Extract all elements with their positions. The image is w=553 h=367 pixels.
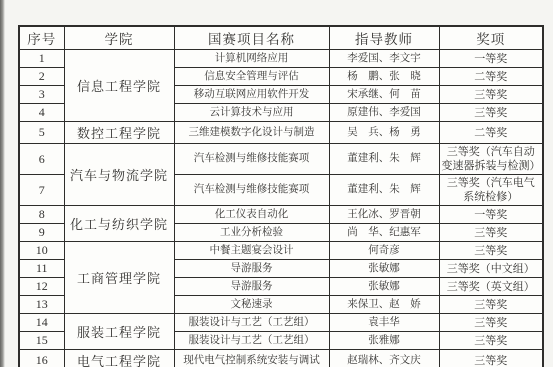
- project-name-cell: 汽车检测与维修技能赛项: [174, 144, 329, 175]
- award-cell: 三等奖: [439, 332, 543, 350]
- project-name-cell: 文秘速录: [174, 296, 329, 314]
- table-row: 16电气工程学院现代电气控制系统安装与调试赵瑞林、齐文庆三等奖: [19, 350, 543, 367]
- award-cell: 一等奖: [439, 50, 543, 68]
- award-cell: 三等奖（汽车电气系统检修）: [439, 175, 543, 206]
- project-name-cell: 工业分析检验: [174, 224, 329, 242]
- teachers-cell: 张雅娜: [329, 332, 439, 350]
- teachers-cell: 何奇彦: [329, 242, 439, 260]
- table-row: 10工商管理学院中餐主题宴会设计何奇彦三等奖: [19, 242, 543, 260]
- table-row: 8化工与纺织学院化工仪表自动化王化冰、罗晋朝一等奖: [19, 206, 543, 224]
- teachers-cell: 来保卫、赵 娇: [329, 296, 439, 314]
- row-number-cell: 7: [19, 175, 64, 206]
- award-cell: 三等奖: [439, 104, 543, 122]
- teachers-cell: 王化冰、罗晋朝: [329, 206, 439, 224]
- row-number-cell: 8: [19, 206, 64, 224]
- row-number-cell: 14: [19, 314, 64, 332]
- scanned-document-page: 序号学院国赛项目名称指导教师奖项 1信息工程学院计算机网络应用李爱国、李文宇一等…: [0, 0, 553, 367]
- project-name-cell: 化工仪表自动化: [174, 206, 329, 224]
- table-row: 14服装工程学院服装设计与工艺（工艺组）袁丰华三等奖: [19, 314, 543, 332]
- table-body: 1信息工程学院计算机网络应用李爱国、李文宇一等奖2信息安全管理与评估杨 鹏、张 …: [19, 50, 543, 367]
- award-cell: 三等奖: [439, 224, 543, 242]
- teachers-cell: 原建伟、李爱国: [329, 104, 439, 122]
- row-number-cell: 6: [19, 144, 64, 175]
- row-number-cell: 4: [19, 104, 64, 122]
- table-header: 序号学院国赛项目名称指导教师奖项: [19, 26, 543, 50]
- teachers-cell: 董建利、朱 辉: [329, 175, 439, 206]
- award-cell: 二等奖: [439, 68, 543, 86]
- teachers-cell: 袁丰华: [329, 314, 439, 332]
- college-cell: 电气工程学院: [64, 350, 174, 367]
- row-number-cell: 2: [19, 68, 64, 86]
- header-row: 序号学院国赛项目名称指导教师奖项: [19, 26, 543, 50]
- row-number-cell: 11: [19, 260, 64, 278]
- award-cell: 三等奖: [439, 242, 543, 260]
- row-number-cell: 15: [19, 332, 64, 350]
- header-cell: 国赛项目名称: [174, 26, 329, 50]
- award-cell: 二等奖: [439, 122, 543, 144]
- row-number-cell: 12: [19, 278, 64, 296]
- project-name-cell: 汽车检测与维修技能赛项: [174, 175, 329, 206]
- table-row: 1信息工程学院计算机网络应用李爱国、李文宇一等奖: [19, 50, 543, 68]
- teachers-cell: 董建利、朱 辉: [329, 144, 439, 175]
- award-cell: 三等奖（英文组）: [439, 278, 543, 296]
- header-cell: 序号: [19, 26, 64, 50]
- scan-edge-artifact: [0, 0, 5, 367]
- project-name-cell: 信息安全管理与评估: [174, 68, 329, 86]
- award-cell: 三等奖: [439, 86, 543, 104]
- header-cell: 奖项: [439, 26, 543, 50]
- college-cell: 信息工程学院: [64, 50, 174, 122]
- project-name-cell: 服装设计与工艺（工艺组）: [174, 332, 329, 350]
- college-cell: 化工与纺织学院: [64, 206, 174, 242]
- award-cell: 三等奖（汽车自动变速器拆装与检测）: [439, 144, 543, 175]
- header-cell: 学院: [64, 26, 174, 50]
- teachers-cell: 张敏娜: [329, 260, 439, 278]
- award-cell: 三等奖（中文组）: [439, 260, 543, 278]
- row-number-cell: 5: [19, 122, 64, 144]
- project-name-cell: 导游服务: [174, 278, 329, 296]
- award-results-table: 序号学院国赛项目名称指导教师奖项 1信息工程学院计算机网络应用李爱国、李文宇一等…: [18, 25, 544, 367]
- row-number-cell: 13: [19, 296, 64, 314]
- project-name-cell: 三维建模数字化设计与制造: [174, 122, 329, 144]
- row-number-cell: 9: [19, 224, 64, 242]
- project-name-cell: 服装设计与工艺（工艺组）: [174, 314, 329, 332]
- college-cell: 工商管理学院: [64, 242, 174, 314]
- college-cell: 汽车与物流学院: [64, 144, 174, 206]
- award-cell: 三等奖: [439, 314, 543, 332]
- award-cell: 三等奖: [439, 350, 543, 367]
- row-number-cell: 1: [19, 50, 64, 68]
- header-cell: 指导教师: [329, 26, 439, 50]
- award-cell: 一等奖: [439, 206, 543, 224]
- teachers-cell: 杨 鹏、张 晓: [329, 68, 439, 86]
- college-cell: 数控工程学院: [64, 122, 174, 144]
- project-name-cell: 移动互联网应用软件开发: [174, 86, 329, 104]
- project-name-cell: 导游服务: [174, 260, 329, 278]
- table-row: 5数控工程学院三维建模数字化设计与制造吴 兵、杨 勇二等奖: [19, 122, 543, 144]
- teachers-cell: 张敏娜: [329, 278, 439, 296]
- project-name-cell: 现代电气控制系统安装与调试: [174, 350, 329, 367]
- teachers-cell: 宋承继、何 苗: [329, 86, 439, 104]
- teachers-cell: 赵瑞林、齐文庆: [329, 350, 439, 367]
- teachers-cell: 李爱国、李文宇: [329, 50, 439, 68]
- project-name-cell: 计算机网络应用: [174, 50, 329, 68]
- row-number-cell: 16: [19, 350, 64, 367]
- project-name-cell: 中餐主题宴会设计: [174, 242, 329, 260]
- row-number-cell: 3: [19, 86, 64, 104]
- teachers-cell: 尚 华、纪惠军: [329, 224, 439, 242]
- college-cell: 服装工程学院: [64, 314, 174, 350]
- teachers-cell: 吴 兵、杨 勇: [329, 122, 439, 144]
- row-number-cell: 10: [19, 242, 64, 260]
- award-cell: 三等奖: [439, 296, 543, 314]
- project-name-cell: 云计算技术与应用: [174, 104, 329, 122]
- table-row: 6汽车与物流学院汽车检测与维修技能赛项董建利、朱 辉三等奖（汽车自动变速器拆装与…: [19, 144, 543, 175]
